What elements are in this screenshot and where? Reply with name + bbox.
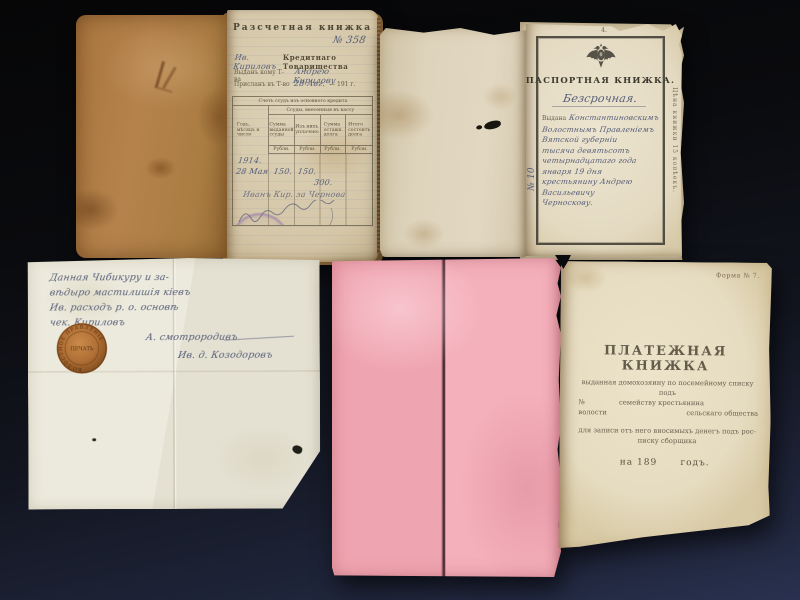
passport-title: ПАСПОРТНАЯ КНИЖКА. [526, 76, 675, 86]
subtitle-line: писку сборщика [574, 435, 760, 447]
unit-rubles: Рубли. [273, 147, 289, 152]
passport-issue-text: Выдана Константиновскимъ Волостнымъ Прав… [542, 113, 659, 209]
year-line: на 189 годъ. [559, 457, 770, 469]
number-sign: № [578, 397, 585, 407]
account-book: Разсчетная книжка № 358 Ив. Кириловъ Кре… [76, 10, 378, 262]
entry-amounts-handwritten: 28 Мая 150. 150. [235, 167, 317, 176]
payment-book-subtitle: выданная домохозяину по посемейному спис… [574, 377, 760, 447]
volost-label: волости [578, 407, 607, 417]
ink-blot [291, 444, 303, 455]
received-label: Присланъ въ Т-во [234, 81, 290, 88]
price-edge-note: Цѣна книжки 15 копѣекъ. [671, 87, 678, 193]
account-book-right-page: Разсчетная книжка № 358 Ив. Кириловъ Кре… [227, 10, 378, 262]
form-number-label: Форма № 7. [716, 271, 760, 279]
year-suffix: — 191 г. [329, 81, 355, 88]
handwritten-line: крестьянину Андрею [541, 177, 633, 188]
column-paid: Изъ нихъ уплачено [295, 125, 318, 135]
handwritten-line: тысяча девятьсотъ [541, 146, 631, 157]
column-total: Итого состоитъ долга [348, 122, 370, 137]
stain-mark [154, 61, 179, 93]
signature-handwritten: А. смотрородивъ [145, 332, 238, 343]
issued-by-label: Выдана [542, 114, 566, 125]
handwritten-line: Васильевичу [541, 188, 595, 199]
account-number-handwritten: № 358 [332, 35, 366, 46]
handwritten-line: Вятской губерніи [541, 135, 618, 146]
payment-book-pink-page [332, 258, 561, 577]
handwritten-line: Ив. расходъ р. о. основѣ [49, 300, 261, 316]
payment-book: Форма № 7. ПЛАТЕЖНАЯ КНИЖКА выданная дом… [330, 254, 772, 581]
ledger-table: Счетъ ссудъ изъ основного кредита Годъ, … [232, 96, 373, 226]
handwritten-line: Константиновскимъ [568, 113, 660, 124]
ledger-entries: 1914. 28 Мая 150. 150. 300. Иванъ Кир. з… [233, 154, 372, 225]
unit-rubles: Рубли. [351, 147, 367, 152]
unit-rubles: Рубли. [325, 147, 341, 152]
passport-left-page [380, 28, 526, 257]
unit-rubles: Рубли. [299, 147, 315, 152]
subtitle-line: семейству крестьянина [619, 398, 704, 409]
subtitle-line: выданная домохозяину по посемейному спис… [575, 377, 761, 399]
handwritten-line: вѣдыро мастилишія кіевъ [49, 285, 261, 301]
column-loan: Сумма выданной ссуды [269, 122, 293, 137]
passport-type-handwritten: Безсрочная. [552, 92, 648, 107]
double-headed-eagle-emblem [583, 43, 619, 71]
handwritten-line: января 19 дня [541, 167, 603, 178]
table-band-header: Счетъ ссудъ изъ основного кредита [258, 98, 347, 103]
payment-book-title-page: Форма № 7. ПЛАТЕЖНАЯ КНИЖКА выданная дом… [558, 261, 771, 550]
column-remaining: Сумма оставш. долга [323, 122, 342, 137]
folded-letter: Данная Чибикуру и за- вѣдыро мастилишія … [28, 257, 321, 509]
ink-dot [92, 438, 96, 441]
seal-center-text: ПЕЧАТЬ [70, 346, 93, 352]
photograph-of-old-documents: Разсчетная книжка № 358 Ив. Кириловъ Кре… [0, 0, 800, 600]
passport-frame: ПАСПОРТНАЯ КНИЖКА. Безсрочная. Выдана Ко… [536, 36, 665, 245]
handwritten-line: Волостнымъ Правленіемъ [541, 125, 655, 136]
passport-number-handwritten: № 10 [527, 167, 537, 191]
account-book-title: Разсчетная книжка [227, 23, 378, 33]
payment-book-title: ПЛАТЕЖНАЯ КНИЖКА [560, 343, 771, 375]
handwritten-signature: Черноскову. [541, 198, 594, 209]
wax-seal: ВОЛОСТНОЕ ПРАВЛЕНІЕ ПЕЧАТЬ [54, 320, 110, 376]
passport-right-page: 4. ПАСПОРТНАЯ КНИЖКА. Безсрочная. [526, 24, 682, 256]
entry-signature-handwritten: Иванъ Кир. за Чернова [242, 190, 346, 199]
signature-handwritten: Ив. д. Козодоровъ [177, 350, 273, 361]
entry-sum-handwritten: 300. [313, 178, 333, 187]
entry-year-handwritten: 1914. [237, 156, 262, 165]
ink-blot [483, 120, 501, 131]
handwritten-line: Данная Чибикуру и за- [48, 270, 260, 286]
account-book-left-page [76, 15, 227, 258]
society-label: сельскаго общества [686, 408, 758, 419]
handwritten-line: четырнадцатаго года [541, 156, 637, 167]
table-subband-header: Ссуды, внесенныя въ кассу [287, 107, 355, 112]
received-date-handwritten: 28 Авг. [293, 79, 326, 88]
column-date: Годъ, мѣсяцъ и число [237, 122, 264, 137]
passport-book: 4. ПАСПОРТНАЯ КНИЖКА. Безсрочная. [380, 24, 682, 260]
